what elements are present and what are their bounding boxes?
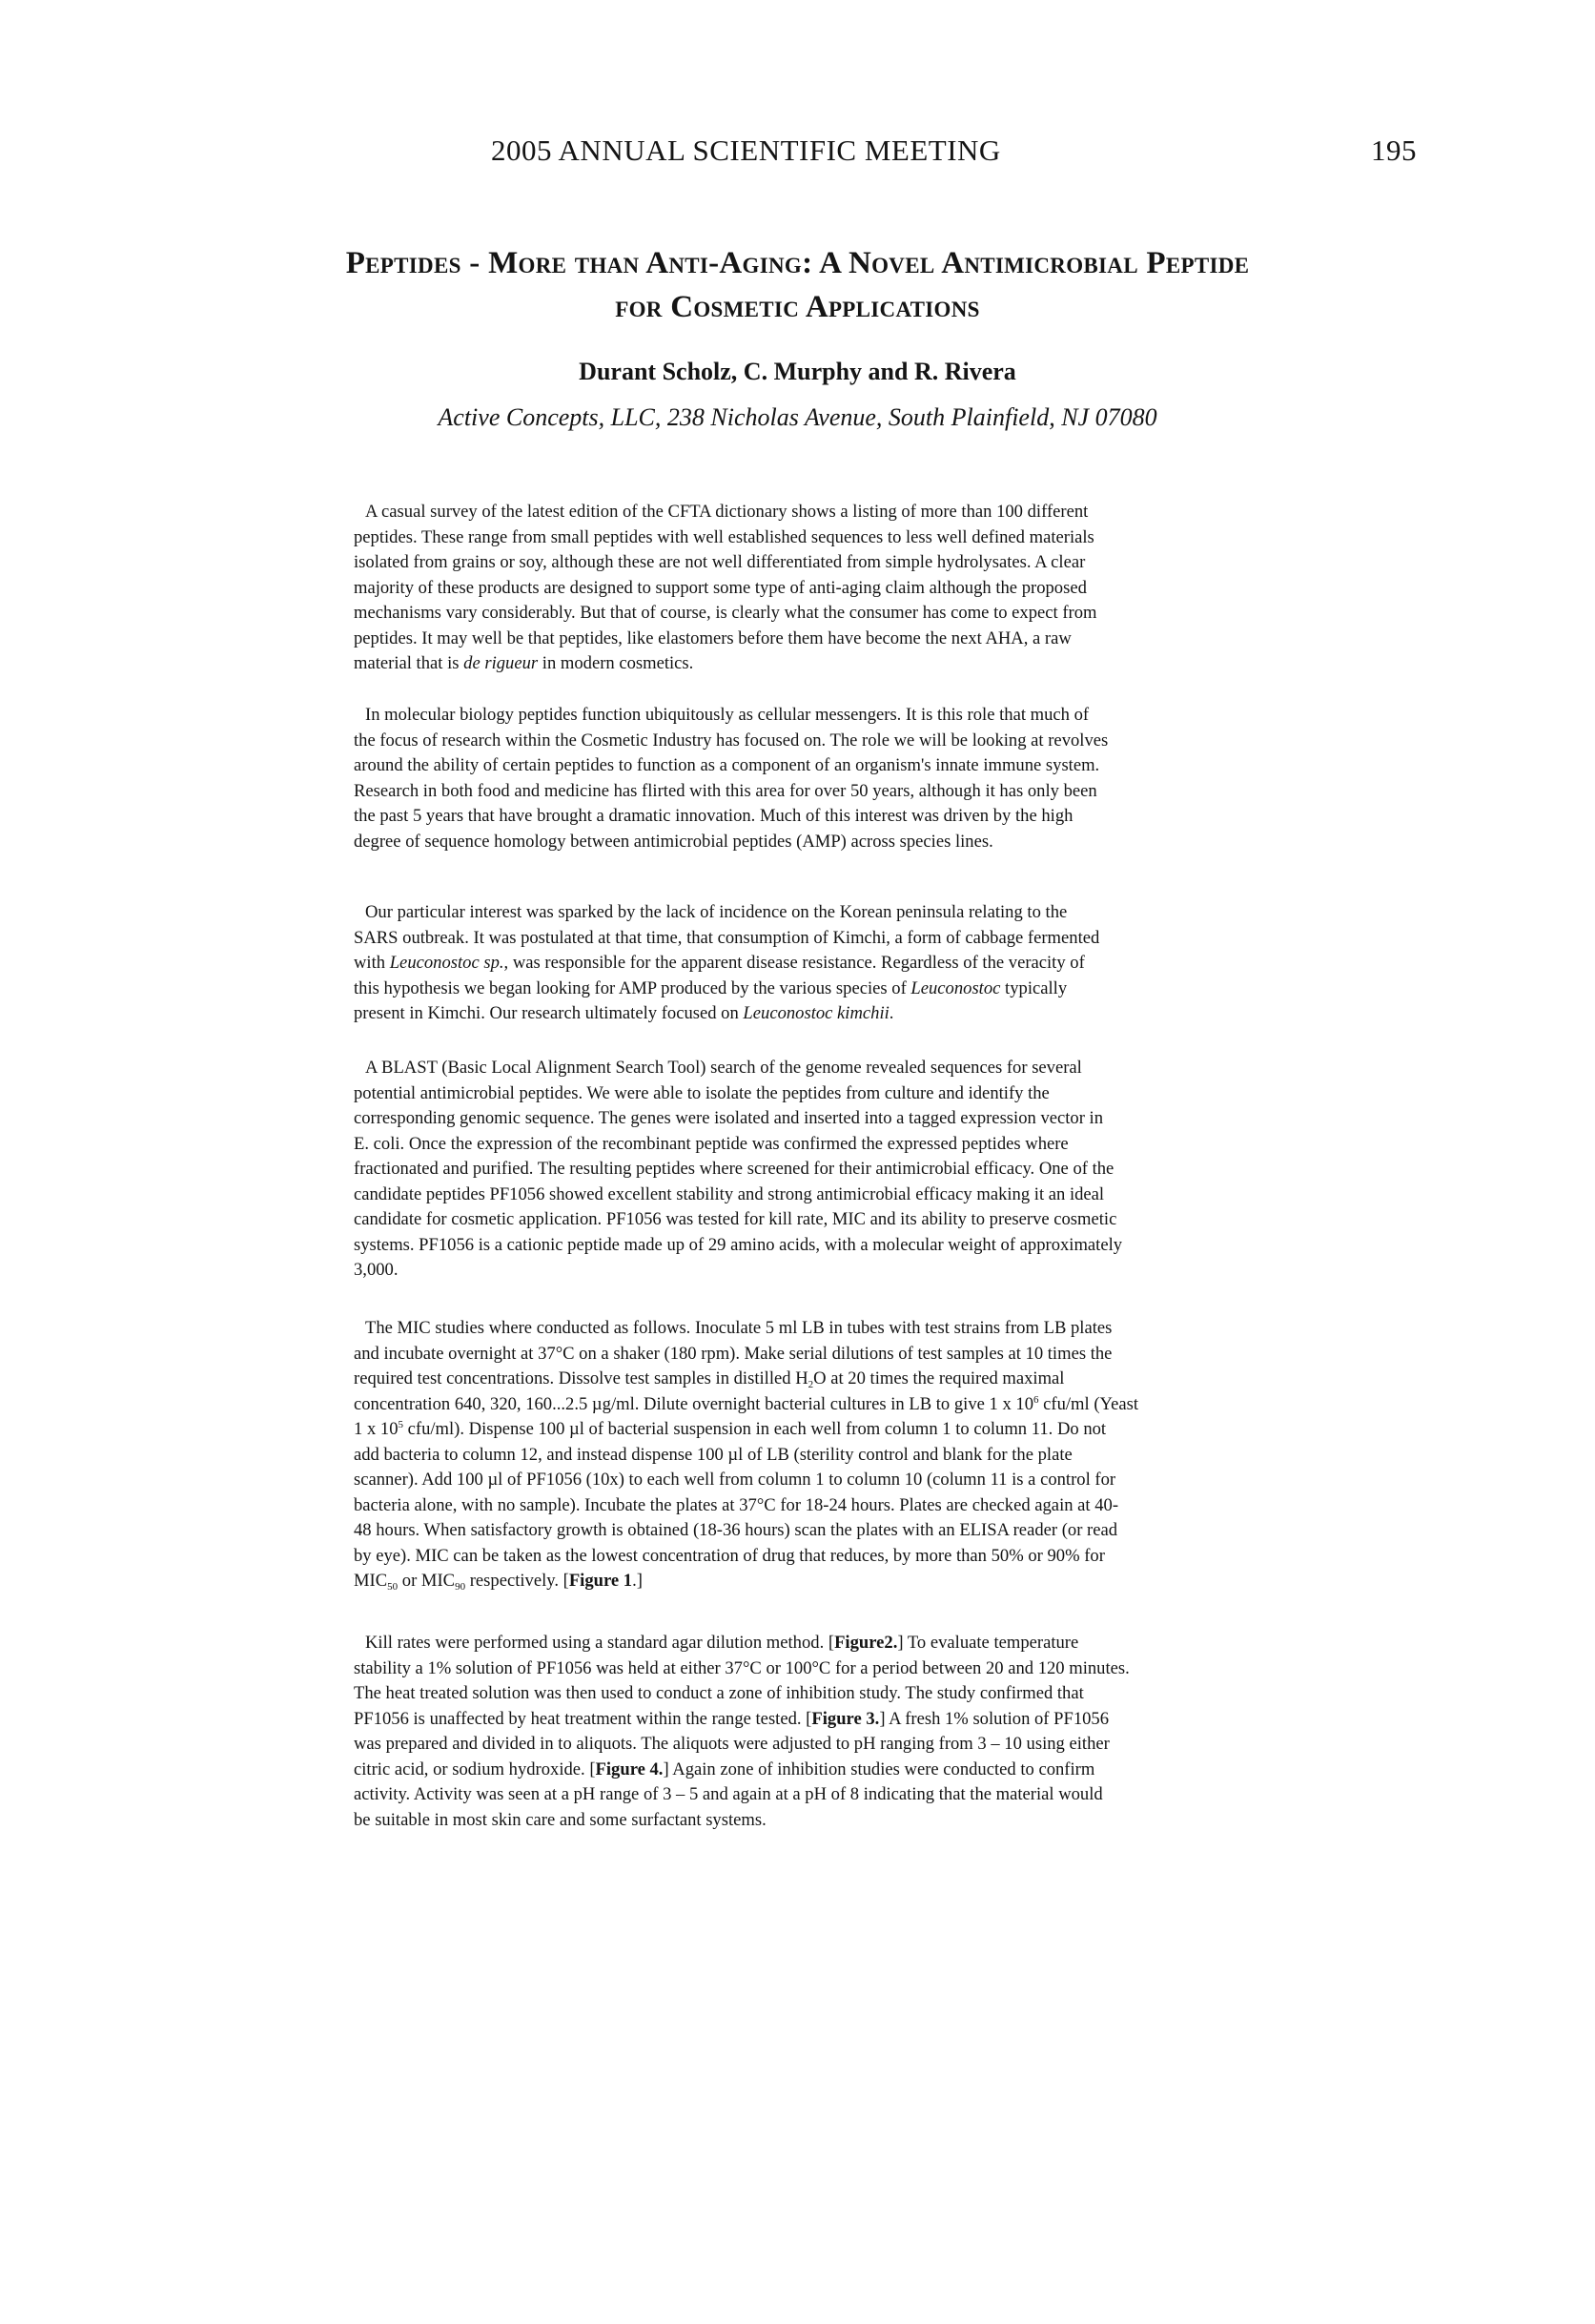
text-line: E. coli. Once the expression of the reco…	[354, 1132, 1269, 1158]
text-line: peptides. It may well be that peptides, …	[354, 627, 1269, 652]
text-line: and incubate overnight at 37°C on a shak…	[354, 1342, 1269, 1368]
text-line: PF1056 is unaffected by heat treatment w…	[354, 1707, 1269, 1733]
article-authors: Durant Scholz, C. Murphy and R. Rivera	[0, 358, 1595, 386]
text-line: present in Kimchi. Our research ultimate…	[354, 1001, 1269, 1027]
text-line: peptides. These range from small peptide…	[354, 525, 1269, 551]
text-line: A casual survey of the latest edition of…	[354, 500, 1269, 525]
text-line: A BLAST (Basic Local Alignment Search To…	[354, 1056, 1269, 1081]
text-line: systems. PF1056 is a cationic peptide ma…	[354, 1233, 1269, 1259]
article-title: Peptides - More than Anti-Aging: A Novel…	[0, 241, 1595, 329]
text-line: fractionated and purified. The resulting…	[354, 1157, 1269, 1183]
text-line: 3,000.	[354, 1258, 1269, 1284]
paragraph-6: Kill rates were performed using a standa…	[354, 1631, 1269, 1833]
page-number: 195	[1371, 134, 1417, 168]
text-line: add bacteria to column 12, and instead d…	[354, 1443, 1269, 1469]
paragraph-1: A casual survey of the latest edition of…	[354, 500, 1269, 677]
text-line: degree of sequence homology between anti…	[354, 830, 1269, 855]
text-line: 48 hours. When satisfactory growth is ob…	[354, 1518, 1269, 1544]
figure-reference: Figure 4.	[596, 1759, 664, 1779]
text-line: activity. Activity was seen at a pH rang…	[354, 1782, 1269, 1808]
text-line: was prepared and divided in to aliquots.…	[354, 1732, 1269, 1758]
text-line: 1 x 105 cfu/ml). Dispense 100 µl of bact…	[354, 1417, 1269, 1443]
italic-term: Leuconostoc sp.	[390, 953, 504, 973]
text-line: isolated from grains or soy, although th…	[354, 550, 1269, 576]
text-line: The heat treated solution was then used …	[354, 1681, 1269, 1707]
text-line: Our particular interest was sparked by t…	[354, 900, 1269, 926]
article-title-line-1: Peptides - More than Anti-Aging: A Novel…	[0, 241, 1595, 285]
italic-term: de rigueur	[463, 653, 538, 673]
text-line: concentration 640, 320, 160...2.5 µg/ml.…	[354, 1392, 1269, 1418]
text-line: Kill rates were performed using a standa…	[354, 1631, 1269, 1656]
text-line: bacteria alone, with no sample). Incubat…	[354, 1493, 1269, 1519]
running-head-title: 2005 ANNUAL SCIENTIFIC MEETING	[491, 134, 1001, 168]
italic-term: Leuconostoc kimchii	[743, 1003, 889, 1023]
text-line: citric acid, or sodium hydroxide. [Figur…	[354, 1758, 1269, 1783]
article-title-line-2: for Cosmetic Applications	[0, 285, 1595, 329]
text-line: corresponding genomic sequence. The gene…	[354, 1106, 1269, 1132]
text-line: The MIC studies where conducted as follo…	[354, 1316, 1269, 1342]
text-line: potential antimicrobial peptides. We wer…	[354, 1081, 1269, 1107]
text-line: Research in both food and medicine has f…	[354, 779, 1269, 805]
document-page: 2005 ANNUAL SCIENTIFIC MEETING 195 Pepti…	[0, 0, 1595, 2324]
figure-reference: Figure 3.	[811, 1709, 879, 1729]
figure-reference: Figure2.	[834, 1633, 897, 1653]
text-line: with Leuconostoc sp., was responsible fo…	[354, 951, 1269, 977]
text-line: this hypothesis we began looking for AMP…	[354, 977, 1269, 1002]
article-affiliation: Active Concepts, LLC, 238 Nicholas Avenu…	[0, 403, 1595, 432]
text-line: the focus of research within the Cosmeti…	[354, 729, 1269, 754]
text-line: candidate for cosmetic application. PF10…	[354, 1207, 1269, 1233]
text-line: be suitable in most skin care and some s…	[354, 1808, 1269, 1834]
text-line: stability a 1% solution of PF1056 was he…	[354, 1656, 1269, 1682]
text-line: required test concentrations. Dissolve t…	[354, 1367, 1269, 1392]
italic-term: Leuconostoc	[910, 978, 1000, 998]
text-line: majority of these products are designed …	[354, 576, 1269, 602]
text-line: mechanisms vary considerably. But that o…	[354, 601, 1269, 627]
paragraph-3: Our particular interest was sparked by t…	[354, 900, 1269, 1027]
text-line: material that is de rigueur in modern co…	[354, 651, 1269, 677]
paragraph-2: In molecular biology peptides function u…	[354, 703, 1269, 854]
text-line: MIC50 or MIC90 respectively. [Figure 1.]	[354, 1569, 1269, 1594]
running-head: 2005 ANNUAL SCIENTIFIC MEETING 195	[0, 134, 1595, 172]
text-line: around the ability of certain peptides t…	[354, 753, 1269, 779]
figure-reference: Figure 1	[569, 1571, 632, 1591]
text-line: the past 5 years that have brought a dra…	[354, 804, 1269, 830]
paragraph-4: A BLAST (Basic Local Alignment Search To…	[354, 1056, 1269, 1284]
text-line: scanner). Add 100 µl of PF1056 (10x) to …	[354, 1468, 1269, 1493]
text-line: In molecular biology peptides function u…	[354, 703, 1269, 729]
paragraph-5: The MIC studies where conducted as follo…	[354, 1316, 1269, 1594]
text-line: candidate peptides PF1056 showed excelle…	[354, 1183, 1269, 1208]
text-line: SARS outbreak. It was postulated at that…	[354, 926, 1269, 952]
text-line: by eye). MIC can be taken as the lowest …	[354, 1544, 1269, 1570]
